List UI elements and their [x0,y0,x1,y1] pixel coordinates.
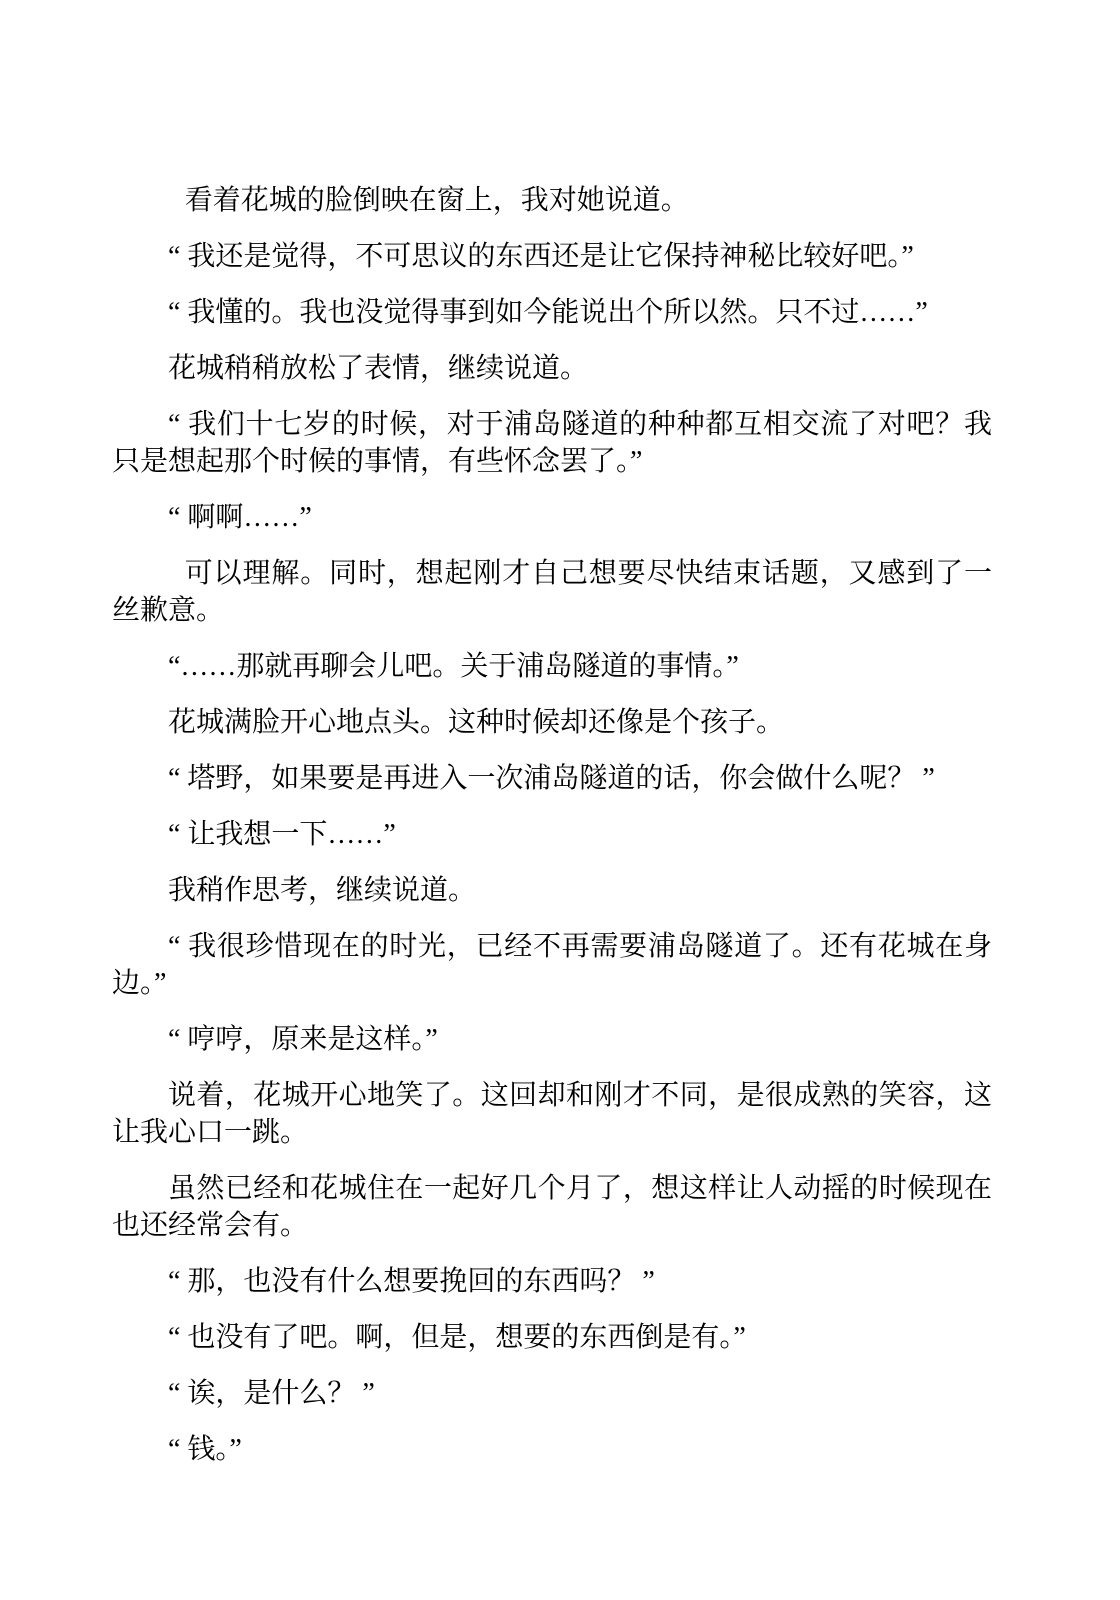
paragraph-narration-4: 花城稍稍放松了表情，继续说道。 [112,350,992,387]
paragraph-dialogue-10: “ 塔野，如果要是再进入一次浦岛隧道的话，你会做什么呢？ ” [112,760,992,797]
ebook-page: 看着花城的脸倒映在窗上，我对她说道。 “ 我还是觉得，不可思议的东西还是让它保持… [0,0,1120,1600]
paragraph-narration-12: 我稍作思考，继续说道。 [112,872,992,909]
text-column: 看着花城的脸倒映在窗上，我对她说道。 “ 我还是觉得，不可思议的东西还是让它保持… [112,182,992,1487]
paragraph-dialogue-5: “ 我们十七岁的时候，对于浦岛隧道的种种都互相交流了对吧？我只是想起那个时候的事… [112,406,992,480]
paragraph-dialogue-8: “……那就再聊会儿吧。关于浦岛隧道的事情。” [112,648,992,685]
paragraph-dialogue-6: “ 啊啊……” [112,499,992,536]
paragraph-narration-1: 看着花城的脸倒映在窗上，我对她说道。 [112,182,992,219]
paragraph-dialogue-14: “ 哼哼，原来是这样。” [112,1021,992,1058]
paragraph-narration-15: 说着，花城开心地笑了。这回却和刚才不同，是很成熟的笑容，这让我心口一跳。 [112,1077,992,1151]
paragraph-dialogue-2: “ 我还是觉得，不可思议的东西还是让它保持神秘比较好吧。” [112,238,992,275]
paragraph-dialogue-19: “ 诶，是什么？ ” [112,1375,992,1412]
paragraph-dialogue-13: “ 我很珍惜现在的时光，已经不再需要浦岛隧道了。还有花城在身边。” [112,928,992,1002]
paragraph-narration-7: 可以理解。同时，想起刚才自己想要尽快结束话题，又感到了一丝歉意。 [112,555,992,629]
paragraph-dialogue-11: “ 让我想一下……” [112,816,992,853]
paragraph-narration-16: 虽然已经和花城住在一起好几个月了，想这样让人动摇的时候现在也还经常会有。 [112,1170,992,1244]
paragraph-dialogue-3: “ 我懂的。我也没觉得事到如今能说出个所以然。只不过……” [112,294,992,331]
paragraph-narration-9: 花城满脸开心地点头。这种时候却还像是个孩子。 [112,704,992,741]
paragraph-dialogue-20: “ 钱。” [112,1431,992,1468]
paragraph-dialogue-18: “ 也没有了吧。啊，但是，想要的东西倒是有。” [112,1319,992,1356]
paragraph-dialogue-17: “ 那，也没有什么想要挽回的东西吗？ ” [112,1263,992,1300]
